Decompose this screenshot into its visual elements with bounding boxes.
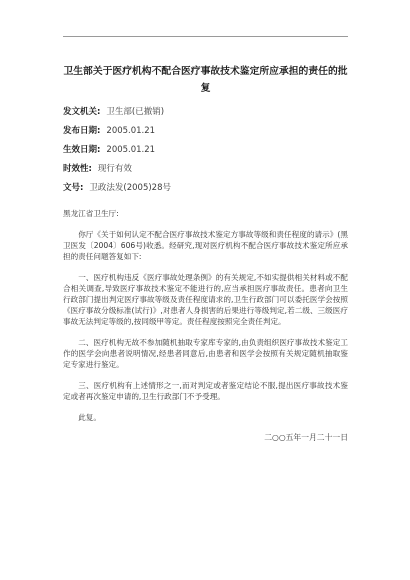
meta-value: 卫生部(已撤销) <box>106 107 164 117</box>
meta-label: 时效性: <box>63 164 92 174</box>
meta-value: 2005.01.21 <box>106 145 155 155</box>
meta-value: 2005.01.21 <box>106 126 155 136</box>
paragraph-item-3: 三、医疗机构有上述情形之一,而对判定或者鉴定结论不服,提出医疗事故技术鉴定或者再… <box>63 380 348 402</box>
top-divider <box>63 36 348 37</box>
meta-row-document-number: 文号:卫政法发(2005)28号 <box>63 183 348 194</box>
signature-date: 二○○五年一月二十一日 <box>63 432 348 443</box>
meta-value: 卫政法发(2005)28号 <box>89 183 171 193</box>
meta-row-issuing-authority: 发文机关:卫生部(已撤销) <box>63 107 348 118</box>
meta-label: 生效日期: <box>63 145 100 155</box>
document-page: 卫生部关于医疗机构不配合医疗事故技术鉴定所应承担的责任的批复 发文机关:卫生部(… <box>0 0 410 580</box>
meta-row-validity: 时效性:现行有效 <box>63 164 348 175</box>
meta-block: 发文机关:卫生部(已撤销) 发布日期:2005.01.21 生效日期:2005.… <box>63 107 348 194</box>
meta-row-publish-date: 发布日期:2005.01.21 <box>63 126 348 137</box>
paragraph-item-1: 一、医疗机构违反《医疗事故处理条例》的有关规定,不如实提供相关材料或不配合相关调… <box>63 272 348 327</box>
document-content: 卫生部关于医疗机构不配合医疗事故技术鉴定所应承担的责任的批复 发文机关:卫生部(… <box>63 0 348 443</box>
meta-row-effective-date: 生效日期:2005.01.21 <box>63 145 348 156</box>
meta-label: 发布日期: <box>63 126 100 136</box>
closing-phrase: 此复。 <box>63 412 348 423</box>
salutation: 黑龙江省卫生厅: <box>63 208 348 219</box>
paragraph-item-2: 二、医疗机构无故不参加随机抽取专家库专家的,由负责组织医疗事故技术鉴定工作的医学… <box>63 337 348 370</box>
meta-label: 发文机关: <box>63 107 100 117</box>
document-title: 卫生部关于医疗机构不配合医疗事故技术鉴定所应承担的责任的批复 <box>63 63 348 97</box>
meta-label: 文号: <box>63 183 83 193</box>
paragraph-intro: 你厅《关于如何认定不配合医疗事故技术鉴定方事故等级和责任程度的请示》(黑卫医发〔… <box>63 229 348 262</box>
meta-value: 现行有效 <box>98 164 132 174</box>
